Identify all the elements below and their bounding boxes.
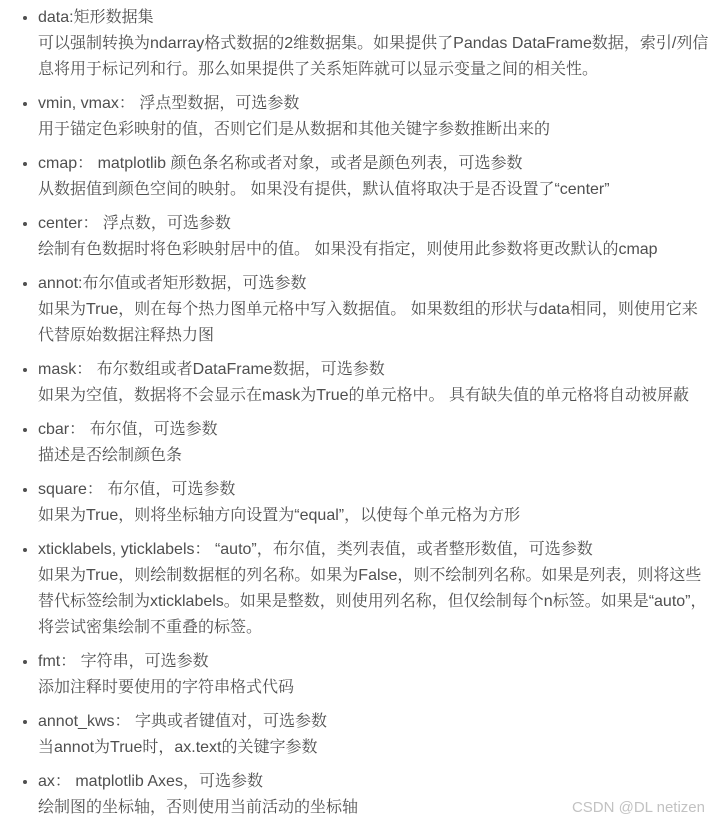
param-title: mask： 布尔数组或者DataFrame数据，可选参数	[38, 357, 709, 383]
param-item-square: square： 布尔值，可选参数 如果为True，则将坐标轴方向设置为“equa…	[38, 477, 709, 529]
param-desc: 如果为True，则绘制数据框的列名称。如果为False，则不绘制列名称。如果是列…	[38, 563, 709, 641]
param-item-fmt: fmt： 字符串，可选参数 添加注释时要使用的字符串格式代码	[38, 649, 709, 701]
param-title: fmt： 字符串，可选参数	[38, 649, 709, 675]
param-item-vmin-vmax: vmin, vmax： 浮点型数据，可选参数 用于锚定色彩映射的值，否则它们是从…	[38, 91, 709, 143]
csdn-watermark: CSDN @DL netizen	[572, 799, 705, 817]
param-item-cmap: cmap： matplotlib 颜色条名称或者对象，或者是颜色列表，可选参数 …	[38, 151, 709, 203]
param-desc: 绘制有色数据时将色彩映射居中的值。 如果没有指定，则使用此参数将更改默认的cma…	[38, 237, 709, 263]
param-desc: 描述是否绘制颜色条	[38, 443, 709, 469]
param-title: center： 浮点数，可选参数	[38, 211, 709, 237]
param-title: data:矩形数据集	[38, 5, 709, 31]
param-title: square： 布尔值，可选参数	[38, 477, 709, 503]
param-title: vmin, vmax： 浮点型数据，可选参数	[38, 91, 709, 117]
param-item-ticklabels: xticklabels, yticklabels： “auto”，布尔值，类列表…	[38, 537, 709, 641]
param-item-cbar: cbar： 布尔值，可选参数 描述是否绘制颜色条	[38, 417, 709, 469]
param-item-center: center： 浮点数，可选参数 绘制有色数据时将色彩映射居中的值。 如果没有指…	[38, 211, 709, 263]
param-item-annot: annot:布尔值或者矩形数据，可选参数 如果为True，则在每个热力图单元格中…	[38, 271, 709, 349]
param-desc: 从数据值到颜色空间的映射。 如果没有提供，默认值将取决于是否设置了“center…	[38, 177, 709, 203]
param-desc: 用于锚定色彩映射的值，否则它们是从数据和其他关键字参数推断出来的	[38, 117, 709, 143]
param-title: annot_kws： 字典或者键值对，可选参数	[38, 709, 709, 735]
param-desc: 如果为空值，数据将不会显示在mask为True的单元格中。 具有缺失值的单元格将…	[38, 383, 709, 409]
param-title: cmap： matplotlib 颜色条名称或者对象，或者是颜色列表，可选参数	[38, 151, 709, 177]
param-desc: 当annot为True时，ax.text的关键字参数	[38, 735, 709, 761]
param-title: ax： matplotlib Axes，可选参数	[38, 769, 709, 795]
param-item-mask: mask： 布尔数组或者DataFrame数据，可选参数 如果为空值，数据将不会…	[38, 357, 709, 409]
param-title: annot:布尔值或者矩形数据，可选参数	[38, 271, 709, 297]
param-title: xticklabels, yticklabels： “auto”，布尔值，类列表…	[38, 537, 709, 563]
param-desc: 如果为True，则将坐标轴方向设置为“equal”，以使每个单元格为方形	[38, 503, 709, 529]
article-content: data:矩形数据集 可以强制转换为ndarray格式数据的2维数据集。如果提供…	[0, 0, 719, 827]
param-item-annot-kws: annot_kws： 字典或者键值对，可选参数 当annot为True时，ax.…	[38, 709, 709, 761]
param-desc: 可以强制转换为ndarray格式数据的2维数据集。如果提供了Pandas Dat…	[38, 31, 709, 83]
param-list: data:矩形数据集 可以强制转换为ndarray格式数据的2维数据集。如果提供…	[0, 5, 709, 821]
param-title: cbar： 布尔值，可选参数	[38, 417, 709, 443]
param-desc: 如果为True，则在每个热力图单元格中写入数据值。 如果数组的形状与data相同…	[38, 297, 709, 349]
param-item-data: data:矩形数据集 可以强制转换为ndarray格式数据的2维数据集。如果提供…	[38, 5, 709, 83]
param-desc: 添加注释时要使用的字符串格式代码	[38, 675, 709, 701]
